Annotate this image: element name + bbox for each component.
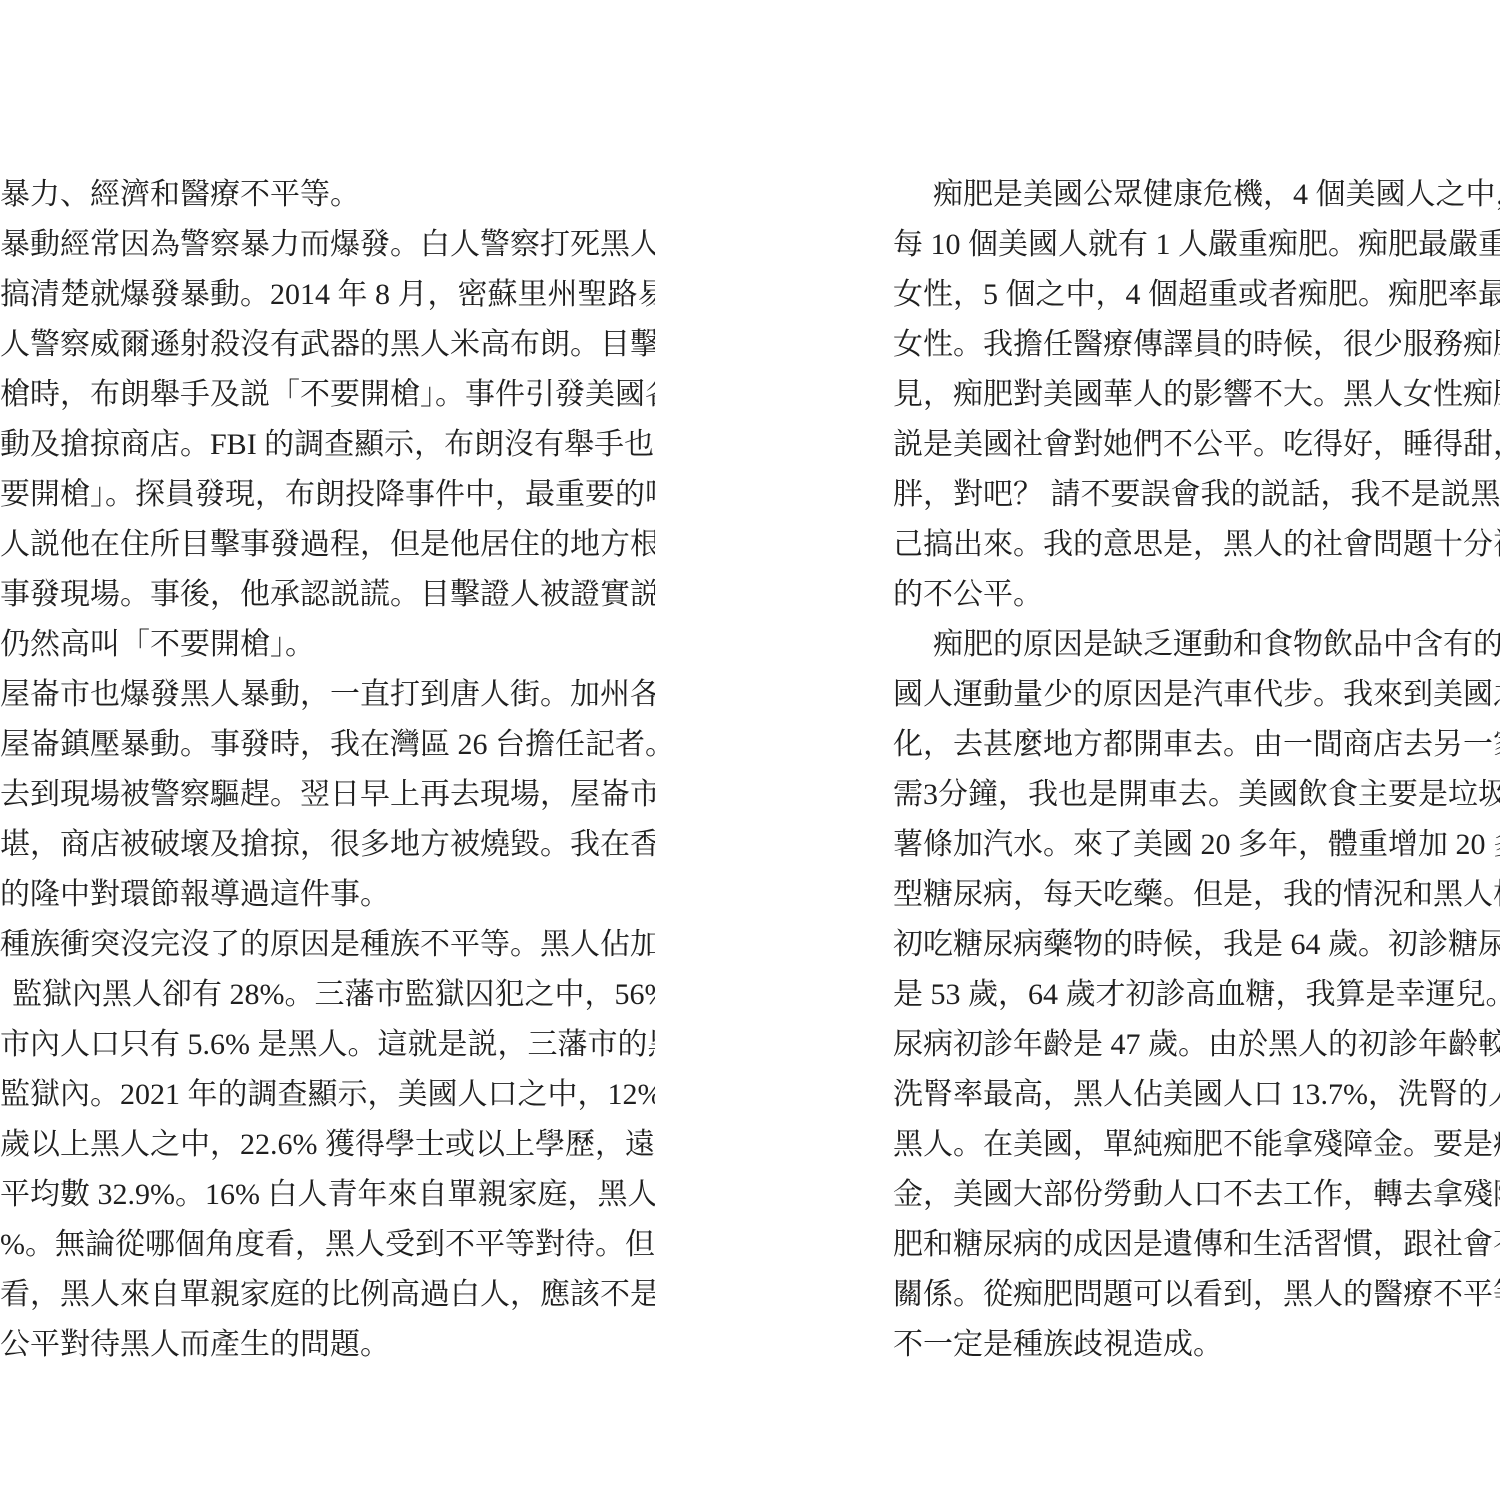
text-line: 己搞出來。我的意思是，黑人的社會問題十分複雜， [893,520,1500,570]
text-line: 暴動經常因為警察暴力而爆發。白人警察打死黑人， [0,220,655,270]
text-line: 槍時，布朗舉手及説「不要開槍」。事件引發美國各 [0,370,655,420]
left-text-column: 暴力、經濟和醫療不平等。 暴動經常因為警察暴力而爆發。白人警察打死黑人， 搞清楚… [0,170,655,1370]
text-line: 屋崙鎮壓暴動。事發時，我在灣區 26 台擔任記者。 [0,720,655,770]
text-line: 人説他在住所目擊事發過程，但是他居住的地方根本 [0,520,655,570]
text-line: 每 10 個美國人就有 1 人嚴重痴肥。痴肥最嚴重的族 [893,220,1500,270]
right-text-column: 痴肥是美國公眾健康危機，4 個美國人之中，3 每 10 個美國人就有 1 人嚴重… [893,170,1500,1370]
document-page: 暴力、經濟和醫療不平等。 暴動經常因為警察暴力而爆發。白人警察打死黑人， 搞清楚… [0,0,1500,1500]
text-line: 去到現場被警察驅趕。翌日早上再去現場，屋崙市中 [0,770,655,820]
text-line: 公平對待黑人而產生的問題。 [0,1320,655,1370]
text-line: %。無論從哪個角度看，黑人受到不平等對待。但是， [0,1220,655,1270]
text-line: 薯條加汽水。來了美國 20 多年，體重增加 20 多磅， [893,820,1500,870]
text-line: 初吃糖尿病藥物的時候，我是 64 歲。初診糖尿病的 [893,920,1500,970]
text-line: 尿病初診年齡是 47 歲。由於黑人的初診年齡較輕， [893,1020,1500,1070]
text-line: 事發現場。事後，他承認説謊。目擊證人被證實説謊， [0,570,655,620]
text-line: 女性。我擔任醫療傳譯員的時候，很少服務痴肥病人 [893,320,1500,370]
text-line: 不一定是種族歧視造成。 [893,1320,1500,1370]
text-line: 種族衝突沒完沒了的原因是種族不平等。黑人佔加州 [0,920,655,970]
text-line: 痴肥是美國公眾健康危機，4 個美國人之中，3 [893,170,1500,220]
text-line: 説是美國社會對她們不公平。吃得好，睡得甜，活動 [893,420,1500,470]
text-line: 黑人。在美國，單純痴肥不能拿殘障金。要是痴肥可 [893,1120,1500,1170]
text-line: 動及搶掠商店。FBI 的調查顯示，布朗沒有舉手也沒 [0,420,655,470]
text-line: 金，美國大部份勞動人口不去工作，轉去拿殘障金。 [893,1170,1500,1220]
text-line: 堪，商店被破壞及搶掠，很多地方被燒毀。我在香港 [0,820,655,870]
text-line: 的隆中對環節報導過這件事。 [0,870,655,920]
text-line: 關係。從痴肥問題可以看到，黑人的醫療不平等確實 [893,1270,1500,1320]
text-line: 洗腎率最高，黑人佔美國人口 13.7%，洗腎的人之中 [893,1070,1500,1120]
text-line: 痴肥的原因是缺乏運動和食物飲品中含有的糖份 [893,620,1500,670]
text-line: 國人運動量少的原因是汽車代步。我來到美國之後， [893,670,1500,720]
text-line: 見，痴肥對美國華人的影響不大。黑人女性痴肥率超 [893,370,1500,420]
text-line: 人警察威爾遜射殺沒有武器的黑人米高布朗。目擊者 [0,320,655,370]
text-line: 要開槍」。探員發現，布朗投降事件中，最重要的唯 [0,470,655,520]
text-line: 平均數 32.9%。16% 白人青年來自單親家庭，黑人的 [0,1170,655,1220]
text-line: 看，黑人來自單親家庭的比例高過白人，應該不是美 [0,1270,655,1320]
text-line: 化，去甚麼地方都開車去。由一間商店去另一家商店 [893,720,1500,770]
text-line: 肥和糖尿病的成因是遺傳和生活習慣，跟社會不公平 [893,1220,1500,1270]
text-line: 胖，對吧？ 請不要誤會我的説話，我不是説黑人的 [893,470,1500,520]
text-line: 搞清楚就爆發暴動。2014 年 8 月，密蘇里州聖路易斯 [0,270,655,320]
text-line: 的不公平。 [893,570,1500,620]
text-line: 屋崙市也爆發黑人暴動，一直打到唐人街。加州各地 [0,670,655,720]
text-line: 女性，5 個之中，4 個超重或者痴肥。痴肥率最低族 [893,270,1500,320]
text-line: 需3分鐘，我也是開車去。美國飲食主要是垃圾快餐， [893,770,1500,820]
text-line: 市內人口只有 5.6% 是黑人。這就是説，三藩市的黑 [0,1020,655,1070]
text-line: 歲以上黑人之中，22.6% 獲得學士或以上學歷，遠遠 [0,1120,655,1170]
text-line: 監獄內黑人卻有 28%。三藩市監獄囚犯之中，56% [0,970,655,1020]
text-line: 仍然高叫「不要開槍」。 [0,620,655,670]
text-line: 是 53 歲，64 歲才初診高血糖，我算是幸運兒。美國 [893,970,1500,1020]
text-line: 監獄內。2021 年的調查顯示，美國人口之中，12% 是 [0,1070,655,1120]
text-line: 型糖尿病，每天吃藥。但是，我的情況和黑人相差 [893,870,1500,920]
text-line: 暴力、經濟和醫療不平等。 [0,170,655,220]
